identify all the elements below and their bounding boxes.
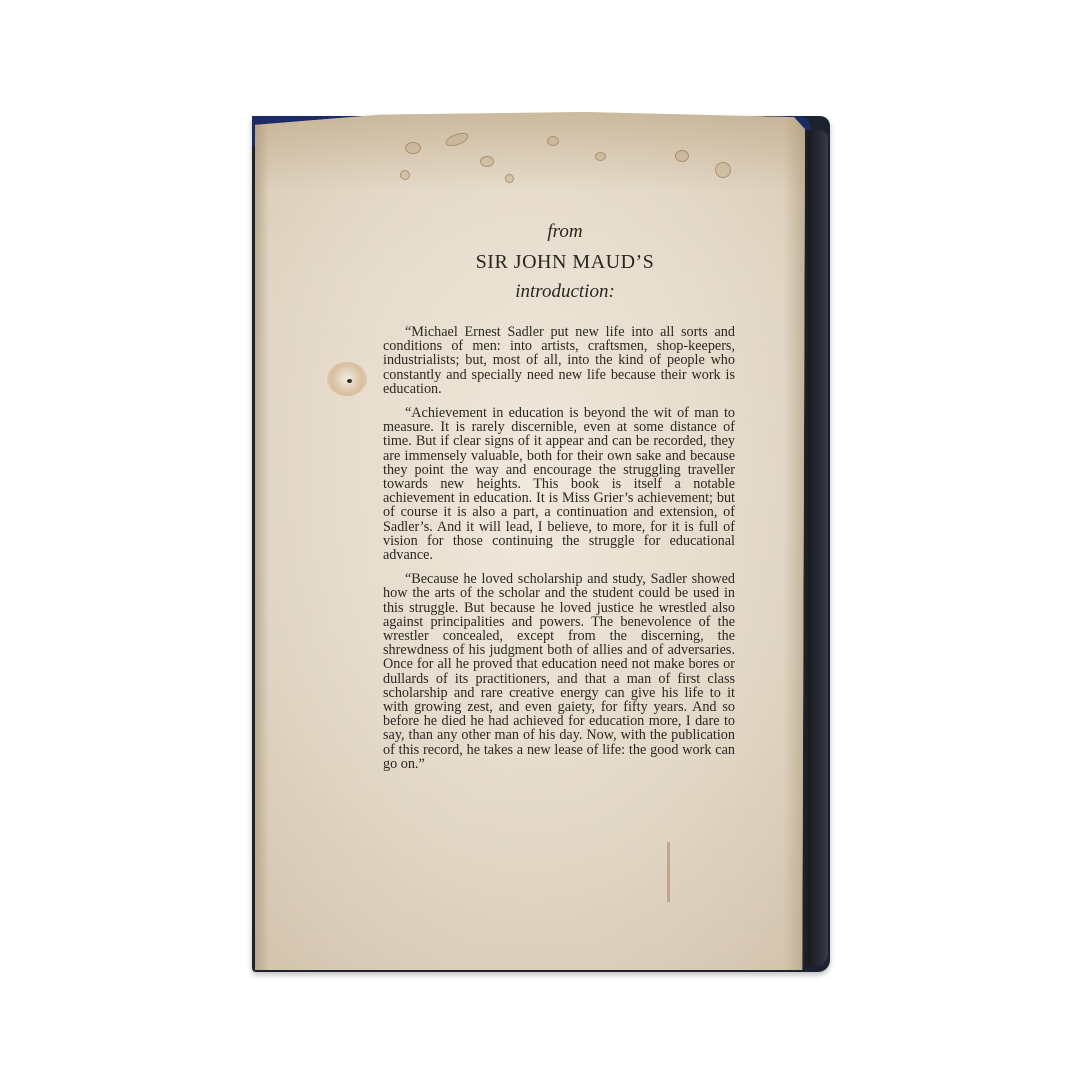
foxing-spot [505, 174, 514, 183]
foxing-spot [715, 162, 731, 178]
foxing-spot [675, 150, 689, 162]
top-water-stain [255, 112, 805, 192]
foxing-spot [547, 136, 559, 146]
heading-from: from [380, 220, 744, 244]
dust-jacket-back: from SIR JOHN MAUD’S introduction: “Mich… [255, 112, 805, 970]
foxing-spot [480, 156, 494, 167]
quote-paragraph: “Michael Ernest Sadler put new life into… [383, 325, 735, 396]
heading-author: SIR JOHN MAUD’S [380, 250, 744, 274]
foxing-spot [405, 142, 421, 154]
quote-paragraph: “Achievement in education is beyond the … [383, 406, 735, 562]
quote-paragraph: “Because he loved scholarship and study,… [383, 572, 735, 771]
stain-mark [327, 362, 367, 396]
foxing-spot [400, 170, 410, 180]
photo-scene: from SIR JOHN MAUD’S introduction: “Mich… [0, 0, 1080, 1080]
stain-streak [667, 842, 670, 902]
jacket-text: from SIR JOHN MAUD’S introduction: “Mich… [380, 220, 744, 771]
heading-subtitle: introduction: [380, 280, 744, 304]
quote-block: “Michael Ernest Sadler put new life into… [383, 325, 735, 771]
foxing-spot [595, 152, 606, 161]
